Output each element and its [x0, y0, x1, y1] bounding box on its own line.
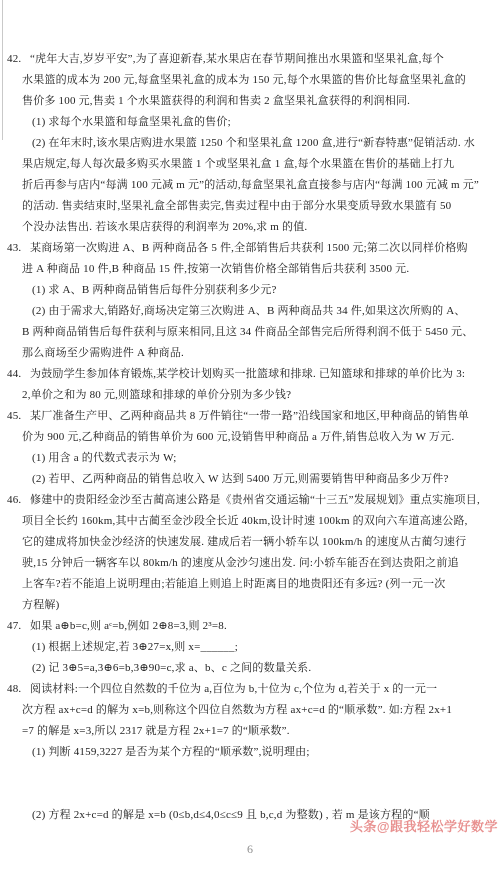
problem-subitem-1: (1) 求每个水果篮和每盒坚果礼盒的售价; — [7, 112, 493, 133]
problem-line: 折后再参与店内“每满 100 元减 m 元”的活动,每盒坚果礼盒直接参与店内“每… — [7, 175, 493, 196]
problem-46: 46.修建中的贵阳经金沙至古蔺高速公路是《贵州省交通运输“十三五”发展规划》重点… — [7, 490, 493, 616]
problem-line: 进 A 种商品 10 件,B 种商品 15 件,按第一次销售价格全部销售后共获利… — [7, 259, 493, 280]
problem-subitem-2: (2) 若甲、乙两种商品的销售总收入 W 达到 5400 万元,则需要销售甲种商… — [7, 469, 493, 490]
problem-line: 水果篮的成本为 200 元,每盒坚果礼盒的成本为 150 元,每个水果篮的售价比… — [7, 70, 493, 91]
page-number: 6 — [0, 842, 500, 857]
problem-text: 修建中的贵阳经金沙至古蔺高速公路是《贵州省交通运输“十三五”发展规划》重点实施项… — [30, 494, 480, 506]
worksheet-page: 42.“虎年大吉,岁岁平安”,为了喜迎新春,某水果店在春节期间推出水果篮和坚果礼… — [0, 0, 500, 888]
problem-47: 47.如果 a⊕b=c,则 aᶜ=b,例如 2⊕8=3,则 2³=8. (1) … — [7, 616, 493, 679]
problem-text: 为鼓励学生参加体育锻炼,某学校计划购买一批篮球和排球. 已知篮球和排球的单价比为… — [30, 368, 465, 380]
problem-line: 46.修建中的贵阳经金沙至古蔺高速公路是《贵州省交通运输“十三五”发展规划》重点… — [7, 490, 493, 511]
problem-number: 44. — [7, 364, 30, 385]
problem-line: B 两种商品销售后每件获利与原来相同,且这 34 件商品全部售完后所得利润不低于… — [7, 322, 493, 343]
problem-text: 阅读材料:一个四位自然数的千位为 a,百位为 b,十位为 c,个位为 d,若关于… — [30, 683, 437, 695]
problem-text: “虎年大吉,岁岁平安”,为了喜迎新春,某水果店在春节期间推出水果篮和坚果礼盒,每… — [30, 53, 444, 65]
problem-line: 个没办法售出. 若该水果店获得的利润率为 20%,求 m 的值. — [7, 217, 493, 238]
problem-line: 2,单价之和为 80 元,则篮球和排球的单价分别为多少钱? — [7, 385, 493, 406]
problem-number: 43. — [7, 238, 30, 259]
problem-number: 48. — [7, 679, 30, 700]
problem-45: 45.某厂准备生产甲、乙两种商品共 8 万件销往“一带一路”沿线国家和地区,甲种… — [7, 406, 493, 490]
problem-number: 42. — [7, 49, 30, 70]
problem-subitem-2: (2) 记 3⊕5=a,3⊕6=b,3⊕90=c,求 a、b、c 之间的数量关系… — [7, 658, 493, 679]
problem-number: 46. — [7, 490, 30, 511]
problem-line: 47.如果 a⊕b=c,则 aᶜ=b,例如 2⊕8=3,则 2³=8. — [7, 616, 493, 637]
problem-text: 某商场第一次购进 A、B 两种商品各 5 件,全部销售后共获利 1500 元;第… — [30, 242, 468, 254]
problem-line: 项目全长约 160km,其中古蔺至金沙段全长近 40km,设计时速 100km … — [7, 511, 493, 532]
problem-48: 48.阅读材料:一个四位自然数的千位为 a,百位为 b,十位为 c,个位为 d,… — [7, 679, 493, 826]
problem-line: 的活动. 售卖结束时,坚果礼盒全部售卖完,售卖过程中由于部分水果变质导致水果篮有… — [7, 196, 493, 217]
problem-line: 价为 900 元,乙种商品的销售单价为 600 元,设销售甲种商品 a 万件,销… — [7, 427, 493, 448]
problem-subitem-1: (1) 用含 a 的代数式表示为 W; — [7, 448, 493, 469]
problem-line: =7 的解是 x=3,所以 2317 就是方程 2x+1=7 的“顺承数”. — [7, 721, 493, 742]
problem-43: 43.某商场第一次购进 A、B 两种商品各 5 件,全部销售后共获利 1500 … — [7, 238, 493, 364]
problem-line: 45.某厂准备生产甲、乙两种商品共 8 万件销往“一带一路”沿线国家和地区,甲种… — [7, 406, 493, 427]
problem-line: 次方程 ax+c=d 的解为 x=b,则称这个四位自然数为方程 ax+c=d 的… — [7, 700, 493, 721]
problems-list: 42.“虎年大吉,岁岁平安”,为了喜迎新春,某水果店在春节期间推出水果篮和坚果礼… — [7, 49, 493, 826]
problem-line: 售价多 100 元,售卖 1 个水果篮获得的利润和售卖 2 盒坚果礼盒获得的利润… — [7, 91, 493, 112]
problem-line: 它的建成将加快金沙经济的快速发展. 建成后若一辆小轿车以 100km/h 的速度… — [7, 532, 493, 553]
problem-line: 那么商场至少需购进件 A 种商品. — [7, 343, 493, 364]
problem-line: 42.“虎年大吉,岁岁平安”,为了喜迎新春,某水果店在春节期间推出水果篮和坚果礼… — [7, 49, 493, 70]
problem-line: 43.某商场第一次购进 A、B 两种商品各 5 件,全部销售后共获利 1500 … — [7, 238, 493, 259]
problem-number: 45. — [7, 406, 30, 427]
problem-42: 42.“虎年大吉,岁岁平安”,为了喜迎新春,某水果店在春节期间推出水果篮和坚果礼… — [7, 49, 493, 238]
problem-subitem-2: (2) 由于需求大,销路好,商场决定第三次购进 A、B 两种商品共 34 件,如… — [7, 301, 493, 322]
problem-subitem-2: (2) 在年末时,该水果店购进水果篮 1250 个和坚果礼盒 1200 盒,进行… — [7, 133, 493, 154]
problem-line: 方程解) — [7, 595, 493, 616]
scan-edge-line — [2, 0, 3, 140]
problem-line: 44.为鼓励学生参加体育锻炼,某学校计划购买一批篮球和排球. 已知篮球和排球的单… — [7, 364, 493, 385]
problem-line: 驶,15 分钟后一辆客车以 80km/h 的速度从金沙匀速出发. 问:小轿车能否… — [7, 553, 493, 574]
problem-line: 48.阅读材料:一个四位自然数的千位为 a,百位为 b,十位为 c,个位为 d,… — [7, 679, 493, 700]
problem-number: 47. — [7, 616, 30, 637]
problem-subitem-1: (1) 根据上述规定,若 3⊕27=x,则 x=______; — [7, 637, 493, 658]
problem-text: 如果 a⊕b=c,则 aᶜ=b,例如 2⊕8=3,则 2³=8. — [30, 620, 227, 632]
watermark: 头条@跟我轻松学好数学 — [350, 816, 498, 835]
problem-line: 果店规定,每人每次最多购买水果篮 1 个或坚果礼盒 1 盒,每个水果篮在售价的基… — [7, 154, 493, 175]
problem-subitem-1: (1) 求 A、B 两种商品销售后每件分别获利多少元? — [7, 280, 493, 301]
problem-text: 某厂准备生产甲、乙两种商品共 8 万件销往“一带一路”沿线国家和地区,甲种商品的… — [30, 410, 469, 422]
problem-line: 上客车?若不能追上说明理由;若能追上则追上时距离目的地贵阳还有多远? (列一元一… — [7, 574, 493, 595]
problem-subitem-1: (1) 判断 4159,3227 是否为某个方程的“顺承数”,说明理由; — [7, 742, 493, 763]
problem-44: 44.为鼓励学生参加体育锻炼,某学校计划购买一批篮球和排球. 已知篮球和排球的单… — [7, 364, 493, 406]
